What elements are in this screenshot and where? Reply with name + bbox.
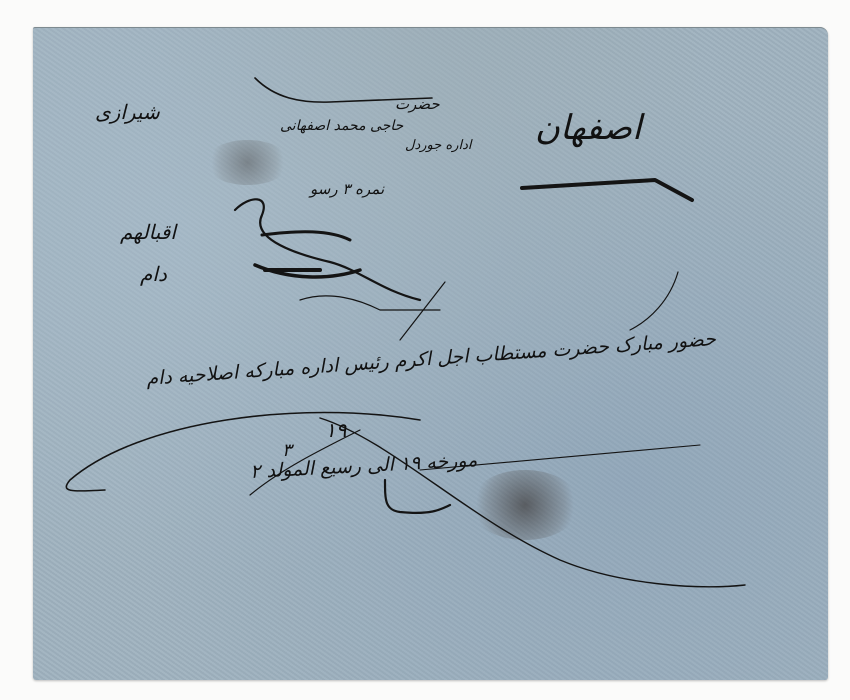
note-number-3: ۳ [282,440,292,461]
top-line-2: اداره جوردل [405,138,472,153]
top-line-3: حاجی محمد اصفهانی [280,118,403,134]
top-line-4: نمره ۳ رسو [310,180,384,198]
left-line-2: اقبالهم [120,220,176,244]
left-line-3: دام [140,262,167,286]
left-line-1: شیرازی [95,100,160,124]
destination-city: اصفهان [535,108,642,148]
top-line-1: حضرت [395,95,440,113]
note-number-19: ۱۹ [325,418,346,442]
